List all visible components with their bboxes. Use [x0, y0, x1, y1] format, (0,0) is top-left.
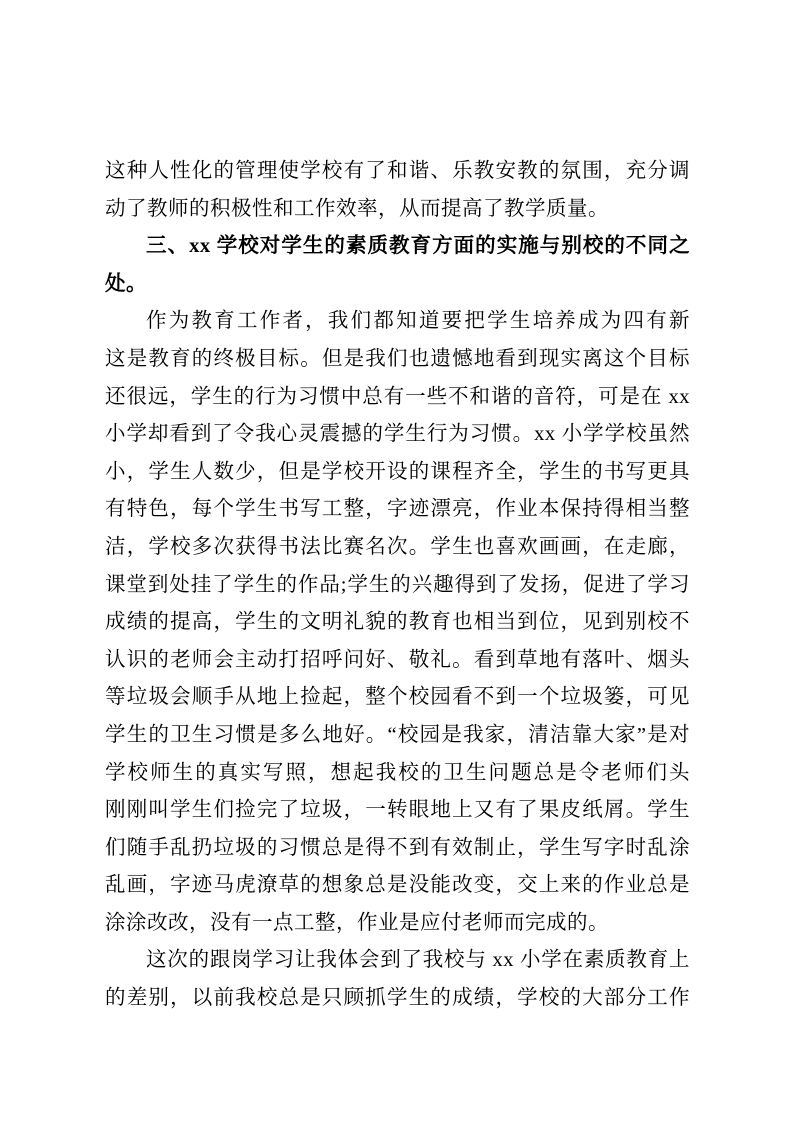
body-text-line: 作为教育工作者，我们都知道要把学生培养成为四有新人， — [105, 303, 690, 341]
body-text-line: 洁，学校多次获得书法比赛名次。学生也喜欢画画，在走廊， — [105, 529, 690, 567]
body-text-line: 有特色，每个学生书写工整，字迹漂亮，作业本保持得相当整 — [105, 491, 690, 529]
body-text-line: 刚刚叫学生们捡完了垃圾，一转眼地上又有了果皮纸屑。学生 — [105, 792, 690, 830]
document-page: 这种人性化的管理使学校有了和谐、乐教安教的氛围，充分调动了教师的积极性和工作效率… — [0, 0, 793, 1122]
section-heading: 三、xx 学校对学生的素质教育方面的实施与别校的不同之处。 — [105, 228, 690, 303]
body-text-line: 课堂到处挂了学生的作品;学生的兴趣得到了发扬，促进了学习 — [105, 567, 690, 605]
heading-line: 三、xx 学校对学生的素质教育方面的实施与别校的不同之 — [105, 228, 690, 266]
body-text-line: 等垃圾会顺手从地上捡起，整个校园看不到一个垃圾篓，可见 — [105, 679, 690, 717]
body-text-line: 的差别，以前我校总是只顾抓学生的成绩，学校的大部分工作 — [105, 980, 690, 1018]
body-text-line: 涂涂改改，没有一点工整，作业是应付老师而完成的。 — [105, 905, 690, 943]
body-text-line: 小，学生人数少，但是学校开设的课程齐全，学生的书写更具 — [105, 454, 690, 492]
body-text-line: 动了教师的积极性和工作效率，从而提高了教学质量。 — [105, 191, 690, 229]
body-text-line: 小学却看到了令我心灵震撼的学生行为习惯。xx 小学学校虽然 — [105, 416, 690, 454]
body-text-line: 成绩的提高，学生的文明礼貌的教育也相当到位，见到别校不 — [105, 604, 690, 642]
body-text-line: 这种人性化的管理使学校有了和谐、乐教安教的氛围，充分调 — [105, 153, 690, 191]
body-text-line: 学生的卫生习惯是多么地好。“校园是我家，清洁靠大家”是对 — [105, 717, 690, 755]
paragraph-body: 作为教育工作者，我们都知道要把学生培养成为四有新人，这是教育的终极目标。但是我们… — [105, 303, 690, 942]
body-text-line: 乱画，字迹马虎潦草的想象总是没能改变，交上来的作业总是 — [105, 867, 690, 905]
paragraph-closing: 这次的跟岗学习让我体会到了我校与 xx 小学在素质教育上的差别，以前我校总是只顾… — [105, 942, 690, 1017]
body-text-line: 还很远，学生的行为习惯中总有一些不和谐的音符，可是在 xx — [105, 379, 690, 417]
paragraph-continuation: 这种人性化的管理使学校有了和谐、乐教安教的氛围，充分调动了教师的积极性和工作效率… — [105, 153, 690, 228]
body-text-line: 学校师生的真实写照，想起我校的卫生问题总是令老师们头痛， — [105, 755, 690, 793]
body-text-line: 们随手乱扔垃圾的习惯总是得不到有效制止，学生写字时乱涂 — [105, 830, 690, 868]
body-text-line: 这是教育的终极目标。但是我们也遗憾地看到现实离这个目标 — [105, 341, 690, 379]
text-block: 这种人性化的管理使学校有了和谐、乐教安教的氛围，充分调动了教师的积极性和工作效率… — [105, 153, 690, 1018]
heading-line: 处。 — [105, 266, 690, 304]
body-text-line: 这次的跟岗学习让我体会到了我校与 xx 小学在素质教育上 — [105, 942, 690, 980]
body-text-line: 认识的老师会主动打招呼问好、敬礼。看到草地有落叶、烟头 — [105, 642, 690, 680]
